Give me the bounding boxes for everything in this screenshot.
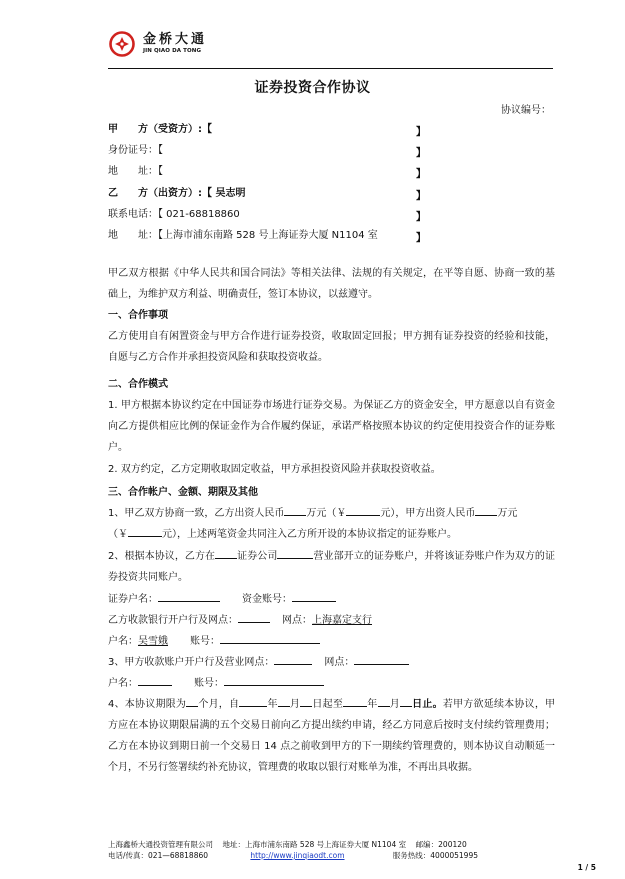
- agreement-number-label: 协议编号：: [501, 101, 551, 116]
- blank-field[interactable]: [346, 505, 380, 516]
- blank-field[interactable]: [138, 675, 172, 686]
- text: 2、根据本协议，乙方在: [108, 551, 215, 562]
- bracket-close: 】: [416, 165, 426, 180]
- blank-field[interactable]: [220, 633, 320, 644]
- footer-website-link[interactable]: http://www.jinqiaodt.com: [250, 850, 390, 861]
- document-title: 证券投资合作协议: [0, 77, 625, 97]
- footer-phone: 电话/传真：021—68818860: [108, 850, 248, 861]
- text: 年: [367, 699, 377, 710]
- party-a-line: 甲 方（受资方）:【: [108, 123, 212, 137]
- text: 元），上述两笔资金共同注入乙方所开设的本协议指定的证券账户。: [162, 529, 457, 540]
- text: 3、甲方收款账户开户行及营业网点：: [108, 657, 274, 668]
- text: 4、本协议期限为: [108, 699, 186, 710]
- blank-field[interactable]: [343, 696, 367, 707]
- footer-hotline: 服务热线：4000051995: [393, 851, 478, 860]
- party-b-bank-line: 乙方收款银行开户行及网点：网点：上海嘉定支行: [108, 610, 555, 631]
- section-1-body: 乙方使用自有闲置资金与甲方合作进行证券投资，收取固定回报；甲方拥有证券投资的经验…: [108, 326, 555, 368]
- section-3-item-2: 2、根据本协议，乙方在证券公司营业部开立的证券账户，并将该证券账户作为双方的证券…: [108, 546, 555, 588]
- bracket-close: 】: [416, 144, 426, 159]
- header-divider: [108, 68, 553, 69]
- blank-field[interactable]: [277, 548, 313, 559]
- text: 月: [290, 699, 300, 710]
- intro-paragraph: 甲乙双方根据《中华人民共和国合同法》等相关法律、法规的有关规定，在平等自愿、协商…: [108, 263, 555, 305]
- text: 1、甲乙双方协商一致，乙方出资人民币: [108, 508, 284, 519]
- section-3-item-3: 3、甲方收款账户开户行及营业网点：网点：: [108, 652, 555, 673]
- bracket-close: 】: [416, 187, 426, 202]
- blank-field[interactable]: [158, 591, 220, 602]
- blank-field[interactable]: [378, 696, 390, 707]
- text: 户名：: [108, 636, 138, 647]
- party-a-account-line: 户名：账号：: [108, 673, 555, 694]
- section-2-item-2: 2. 双方约定，乙方定期收取固定收益，甲方承担投资风险并获取投资收益。: [108, 459, 555, 480]
- blank-field[interactable]: [284, 505, 306, 516]
- footer-postcode: 邮编：200120: [416, 840, 467, 849]
- blank-field[interactable]: [238, 612, 270, 623]
- blank-field[interactable]: [278, 696, 290, 707]
- blank-field[interactable]: [224, 675, 324, 686]
- text: 证券户名：: [108, 594, 158, 605]
- text: 万元: [497, 508, 517, 519]
- company-logo: 金桥大通 JIN QIAO DA TONG: [108, 30, 207, 58]
- bracket-close: 】: [416, 208, 426, 223]
- text: 户名：: [108, 678, 138, 689]
- section-2-heading: 二、合作模式: [108, 374, 555, 395]
- blank-field[interactable]: [186, 696, 198, 707]
- branch-value: 上海嘉定支行: [312, 615, 372, 626]
- party-b-account-line: 户名：吴雪娥账号：: [108, 631, 555, 652]
- section-3-item-1: 1、甲乙双方协商一致，乙方出资人民币万元（￥元），甲方出资人民币万元（￥元），上…: [108, 503, 555, 545]
- blank-field[interactable]: [239, 696, 267, 707]
- section-2-item-1: 1. 甲方根据本协议约定在中国证券市场进行证券交易。为保证乙方的资金安全，甲方愿…: [108, 395, 555, 458]
- section-3-heading: 三、合作帐户、金额、期限及其他: [108, 482, 555, 503]
- text: 网点：: [324, 657, 354, 668]
- blank-field[interactable]: [128, 526, 162, 537]
- text: 账号：: [194, 678, 224, 689]
- text: 万元（￥: [306, 508, 346, 519]
- logo-english-name: JIN QIAO DA TONG: [143, 47, 207, 55]
- blank-field[interactable]: [292, 591, 336, 602]
- text: 个月，自: [198, 699, 239, 710]
- text: 资金账号：: [242, 594, 292, 605]
- compass-diamond-icon: [108, 30, 136, 58]
- document-page: 金桥大通 JIN QIAO DA TONG 证券投资合作协议 协议编号： 甲 方…: [0, 0, 625, 879]
- page-footer: 上海鑫桥大通投资管理有限公司 地址：上海市浦东南路 528 号上海证券大厦 N1…: [108, 839, 478, 861]
- bracket-close: 】: [416, 123, 426, 138]
- text: 元），甲方出资人民币: [380, 508, 475, 519]
- page-number: 1 / 5: [578, 863, 596, 872]
- text: 网点：: [282, 615, 312, 626]
- logo-chinese-name: 金桥大通: [143, 33, 207, 47]
- footer-company: 上海鑫桥大通投资管理有限公司: [108, 840, 213, 849]
- party-b-line: 乙 方（出资方）:【 吴志明: [108, 187, 245, 201]
- text: 日止。: [412, 699, 443, 710]
- section-1-heading: 一、合作事项: [108, 305, 555, 326]
- footer-address: 地址：上海市浦东南路 528 号上海证券大厦 N1104 室: [223, 840, 407, 849]
- party-a-id-line: 身份证号：【: [108, 144, 163, 158]
- blank-field[interactable]: [354, 654, 409, 665]
- blank-field[interactable]: [300, 696, 312, 707]
- text: （￥: [108, 529, 128, 540]
- text: 若甲方欲延续本协议，甲方应在本协议期限届满的五个交易日前向乙方提出续约申请，经乙…: [108, 699, 555, 773]
- text: 乙方收款银行开户行及网点：: [108, 615, 238, 626]
- account-name-value: 吴雪娥: [138, 636, 168, 647]
- text: 年: [267, 699, 277, 710]
- party-b-address-line: 地 址：【上海市浦东南路 528 号上海证券大厦 N1104 室: [108, 229, 378, 243]
- text: 日起至: [312, 699, 343, 710]
- text: 证券公司: [237, 551, 277, 562]
- section-3-item-4: 4、本协议期限为个月，自年月日起至年月日止。若甲方欲延续本协议，甲方应在本协议期…: [108, 694, 555, 778]
- party-a-address-line: 地 址：【: [108, 165, 163, 179]
- text: 月: [390, 699, 400, 710]
- blank-field[interactable]: [475, 505, 497, 516]
- blank-field[interactable]: [215, 548, 237, 559]
- blank-field[interactable]: [400, 696, 412, 707]
- text: 账号：: [190, 636, 220, 647]
- bracket-close: 】: [416, 229, 426, 244]
- blank-field[interactable]: [274, 654, 312, 665]
- securities-account-line: 证券户名：资金账号：: [108, 589, 555, 610]
- party-b-phone-line: 联系电话：【 021-68818860: [108, 208, 240, 222]
